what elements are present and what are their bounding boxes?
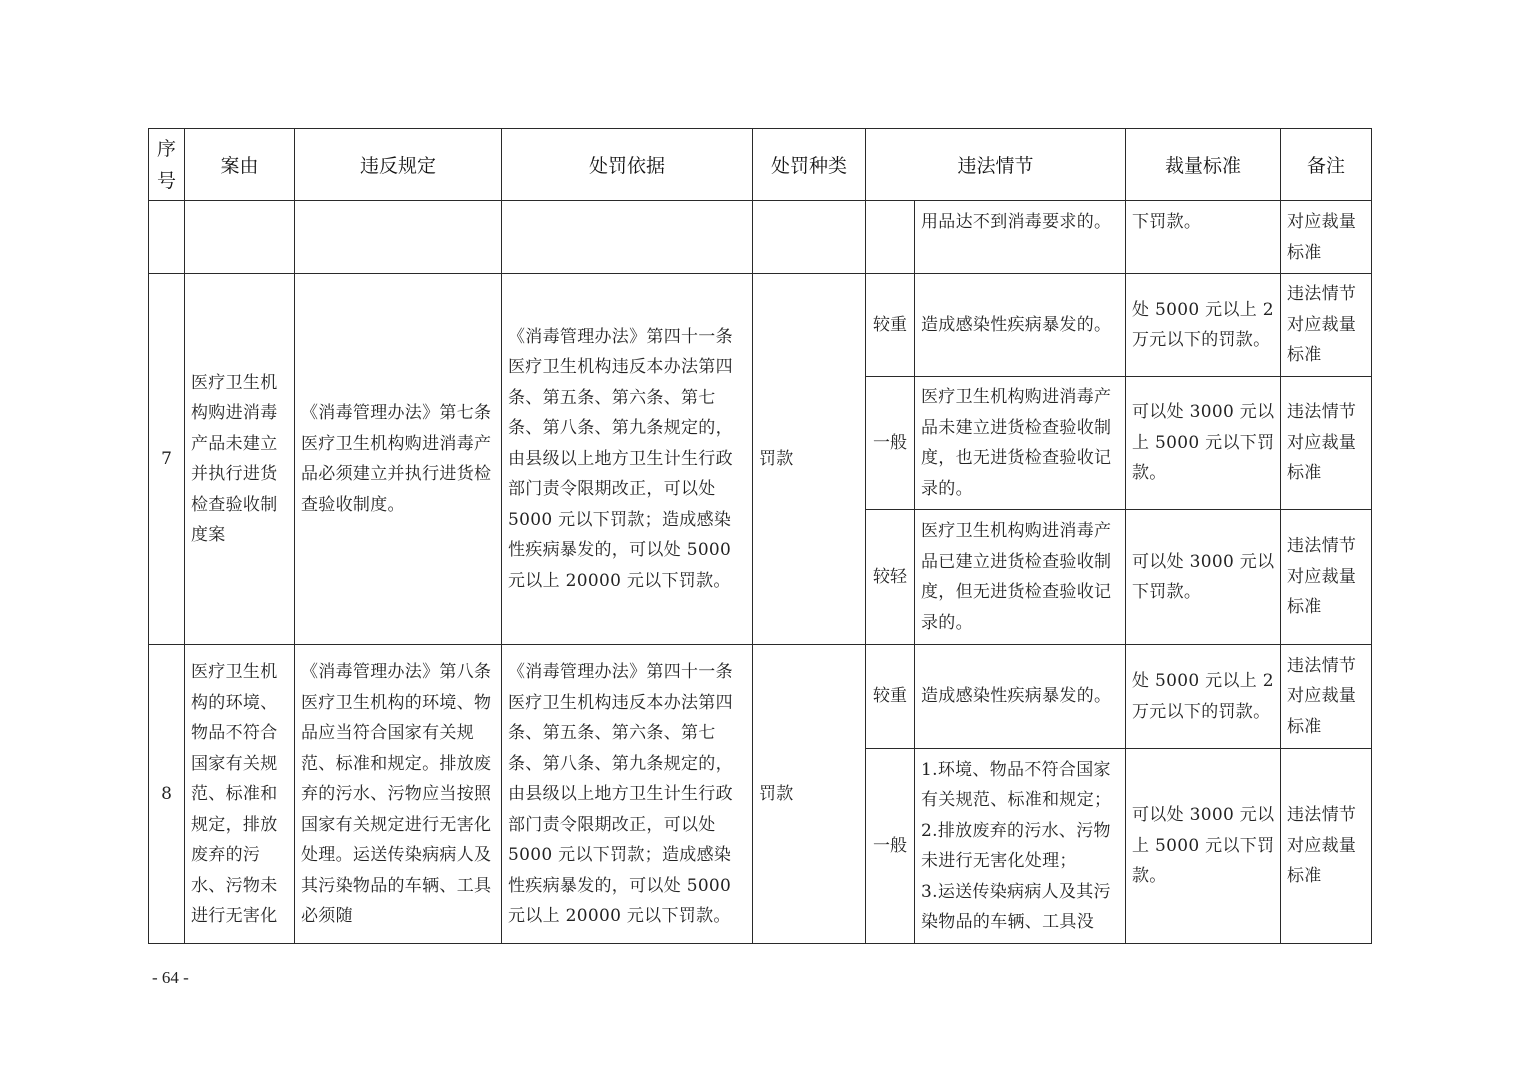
cell-case: 医疗卫生机构购进消毒产品未建立并执行进货检查验收制度案	[185, 274, 295, 645]
penalty-discretion-table: 序号 案由 违反规定 处罚依据 处罚种类 违法情节 裁量标准 备注 用品达不到消…	[148, 128, 1372, 944]
header-remarks: 备注	[1281, 129, 1372, 201]
cell-penalty-type: 罚款	[753, 274, 866, 645]
cell-standard: 处 5000 元以上 2 万元以下的罚款。	[1126, 645, 1281, 749]
cell-seq: 8	[149, 645, 185, 944]
header-penalty-type: 处罚种类	[753, 129, 866, 201]
cell-violated-rule: 《消毒管理办法》第七条 医疗卫生机构购进消毒产品必须建立并执行进货检查验收制度。	[295, 274, 502, 645]
cell-remark: 违法情节对应裁量标准	[1281, 377, 1372, 510]
header-penalty-basis: 处罚依据	[502, 129, 753, 201]
cell-circumstance: 造成感染性疾病暴发的。	[915, 274, 1126, 377]
cell-standard: 可以处 3000 元以上 5000 元以下罚款。	[1126, 377, 1281, 510]
document-page: 序号 案由 违反规定 处罚依据 处罚种类 违法情节 裁量标准 备注 用品达不到消…	[0, 0, 1520, 1074]
cell-level: 较轻	[866, 510, 915, 645]
cell-level: 一般	[866, 749, 915, 944]
cell-case	[185, 201, 295, 274]
header-violated-rule: 违反规定	[295, 129, 502, 201]
cell-standard: 可以处 3000 元以上 5000 元以下罚款。	[1126, 749, 1281, 944]
page-number: - 64 -	[152, 968, 189, 988]
table-row: 8 医疗卫生机构的环境、物品不符合国家有关规范、标准和规定，排放废弃的污水、污物…	[149, 645, 1372, 749]
cell-remark: 违法情节对应裁量标准	[1281, 274, 1372, 377]
cell-remark: 违法情节对应裁量标准	[1281, 749, 1372, 944]
cell-circumstance: 医疗卫生机构购进消毒产品已建立进货检查验收制度，但无进货检查验收记录的。	[915, 510, 1126, 645]
table-header-row: 序号 案由 违反规定 处罚依据 处罚种类 违法情节 裁量标准 备注	[149, 129, 1372, 201]
cell-circumstance: 医疗卫生机构购进消毒产品未建立进货检查验收制度，也无进货检查验收记录的。	[915, 377, 1126, 510]
cell-seq	[149, 201, 185, 274]
cell-violated-rule: 《消毒管理办法》第八条医疗卫生机构的环境、物品应当符合国家有关规范、标准和规定。…	[295, 645, 502, 944]
cell-standard: 下罚款。	[1126, 201, 1281, 274]
cell-seq: 7	[149, 274, 185, 645]
cell-case: 医疗卫生机构的环境、物品不符合国家有关规范、标准和规定，排放废弃的污水、污物未进…	[185, 645, 295, 944]
header-seq: 序号	[149, 129, 185, 201]
cell-remark: 对应裁量标准	[1281, 201, 1372, 274]
cell-level: 一般	[866, 377, 915, 510]
table-row-continued: 用品达不到消毒要求的。 下罚款。 对应裁量标准	[149, 201, 1372, 274]
header-circumstances: 违法情节	[866, 129, 1126, 201]
cell-penalty-basis	[502, 201, 753, 274]
cell-penalty-basis: 《消毒管理办法》第四十一条医疗卫生机构违反本办法第四条、第五条、第六条、第七条、…	[502, 274, 753, 645]
table-row: 7 医疗卫生机构购进消毒产品未建立并执行进货检查验收制度案 《消毒管理办法》第七…	[149, 274, 1372, 377]
cell-penalty-type: 罚款	[753, 645, 866, 944]
cell-circumstance: 1.环境、物品不符合国家有关规范、标准和规定； 2.排放废弃的污水、污物未进行无…	[915, 749, 1126, 944]
cell-standard: 可以处 3000 元以下罚款。	[1126, 510, 1281, 645]
cell-level: 较重	[866, 274, 915, 377]
cell-circumstance: 造成感染性疾病暴发的。	[915, 645, 1126, 749]
cell-penalty-type	[753, 201, 866, 274]
cell-level: 较重	[866, 645, 915, 749]
cell-remark: 违法情节对应裁量标准	[1281, 645, 1372, 749]
cell-circumstance: 用品达不到消毒要求的。	[915, 201, 1126, 274]
cell-penalty-basis: 《消毒管理办法》第四十一条医疗卫生机构违反本办法第四条、第五条、第六条、第七条、…	[502, 645, 753, 944]
cell-level	[866, 201, 915, 274]
cell-remark: 违法情节对应裁量标准	[1281, 510, 1372, 645]
cell-violated-rule	[295, 201, 502, 274]
cell-standard: 处 5000 元以上 2 万元以下的罚款。	[1126, 274, 1281, 377]
header-discretion-standard: 裁量标准	[1126, 129, 1281, 201]
header-case: 案由	[185, 129, 295, 201]
